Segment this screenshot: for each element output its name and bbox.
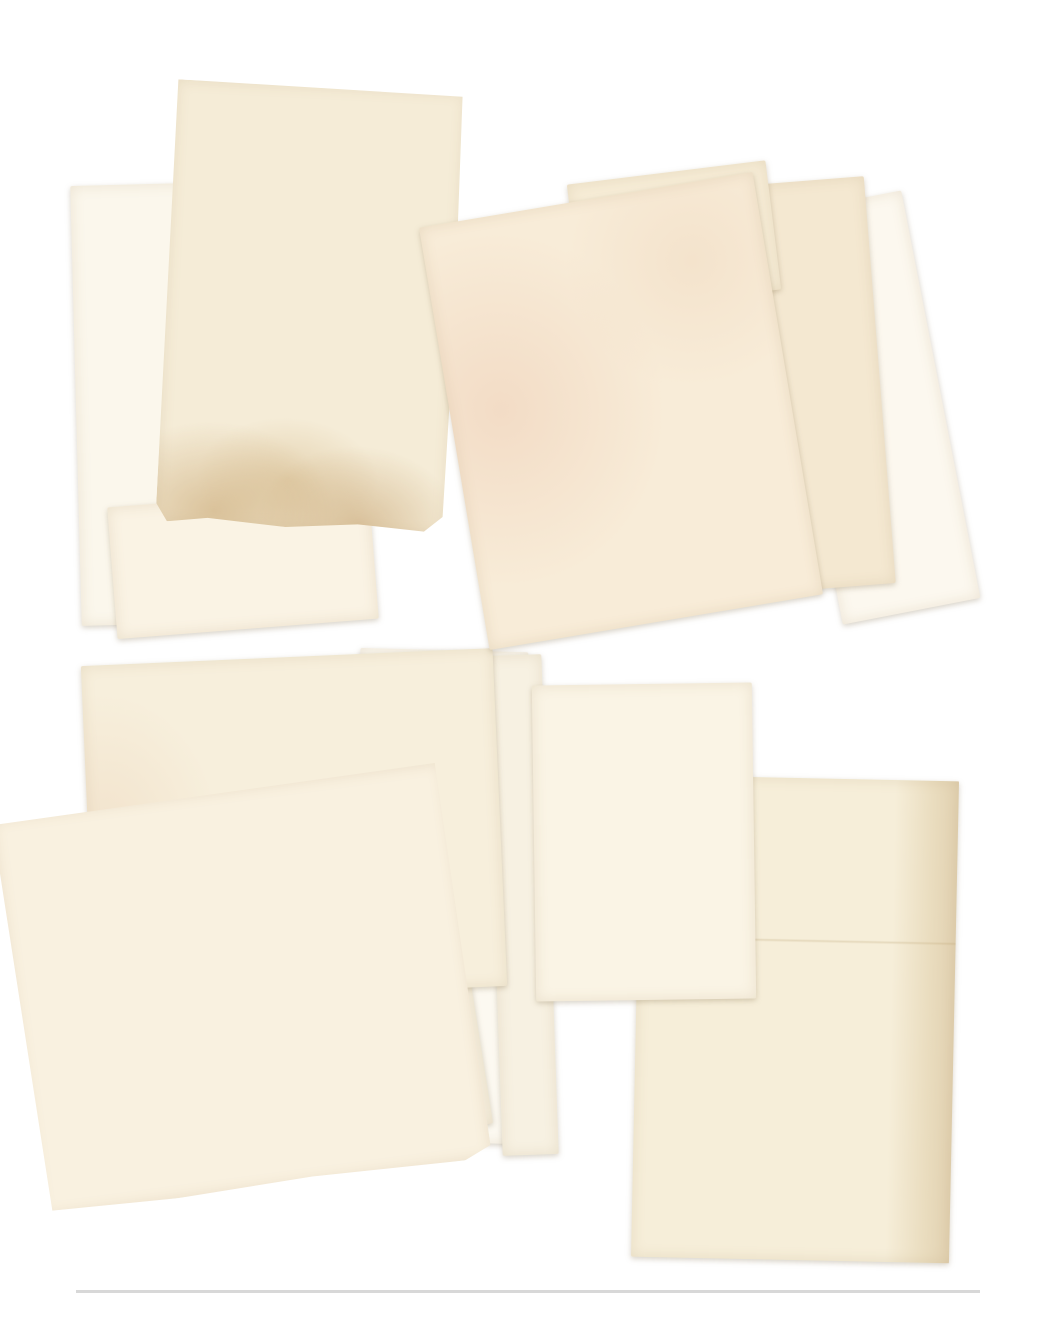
footer-divider xyxy=(76,1290,980,1293)
manuscript-salines-de-salins xyxy=(419,172,823,650)
manuscript-boulets-inflammables-1793 xyxy=(0,762,492,1216)
manuscript-letter-clermont-1792 xyxy=(155,79,465,535)
manuscript-letter-messidor-an7 xyxy=(532,682,756,1001)
manuscript-catalog-photo xyxy=(0,0,1040,1338)
